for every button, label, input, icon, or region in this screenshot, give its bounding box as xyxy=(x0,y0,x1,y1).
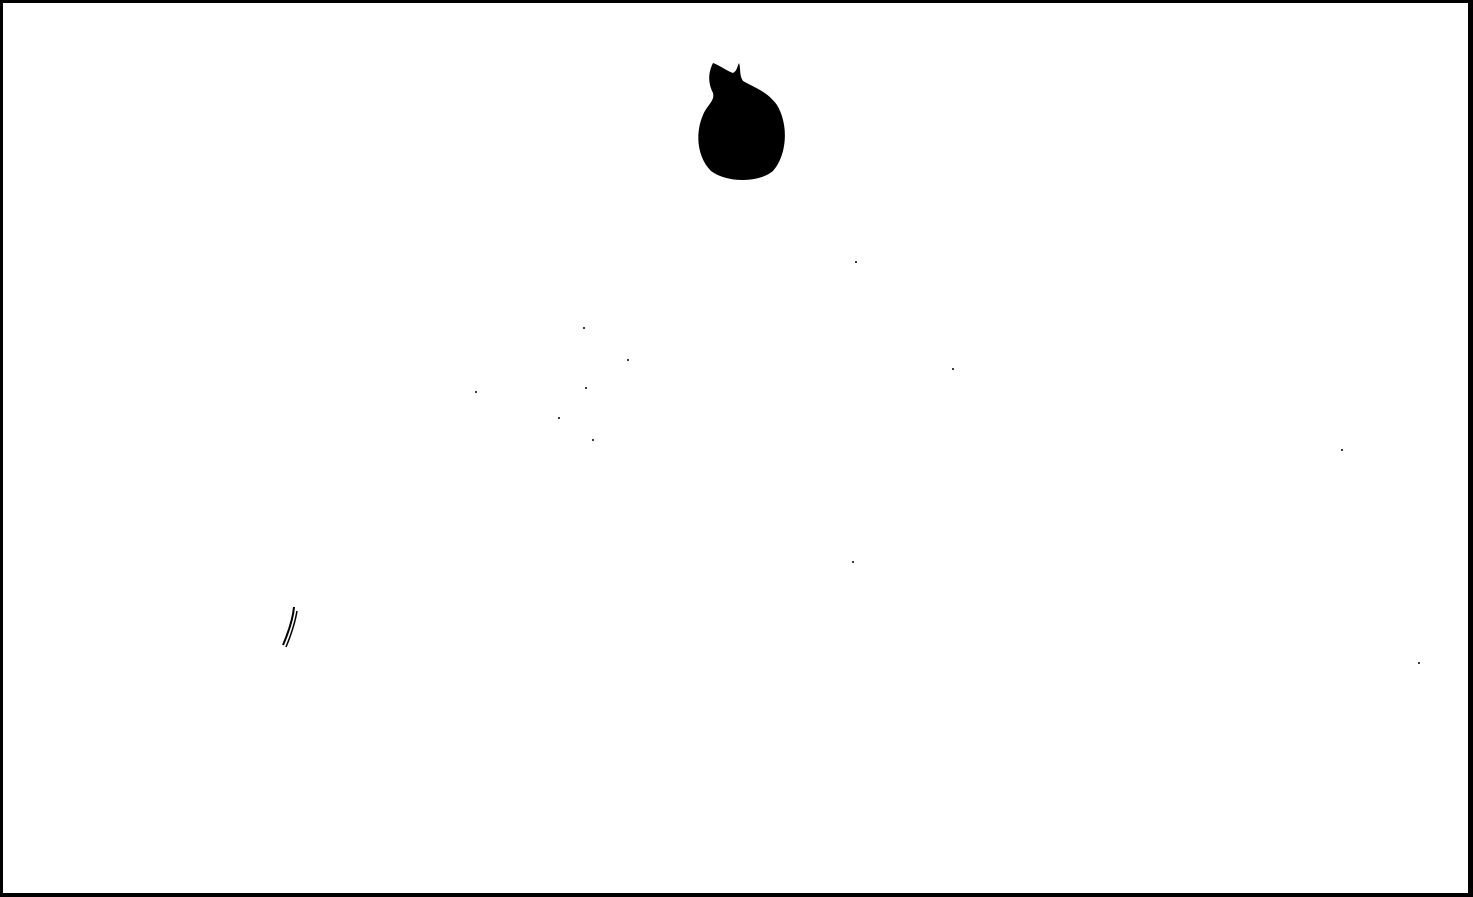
speck xyxy=(855,261,857,263)
speck xyxy=(852,561,854,563)
speck xyxy=(627,359,629,361)
speck xyxy=(952,368,954,370)
speck xyxy=(1341,449,1343,451)
speck xyxy=(558,417,560,419)
pen-stroke-mark xyxy=(279,605,299,649)
image-canvas xyxy=(3,3,1468,893)
speck xyxy=(592,439,594,441)
speck xyxy=(1418,662,1420,664)
speck xyxy=(475,391,477,393)
fruit-silhouette-icon xyxy=(697,55,791,181)
speck xyxy=(585,387,587,389)
speck xyxy=(583,327,585,329)
